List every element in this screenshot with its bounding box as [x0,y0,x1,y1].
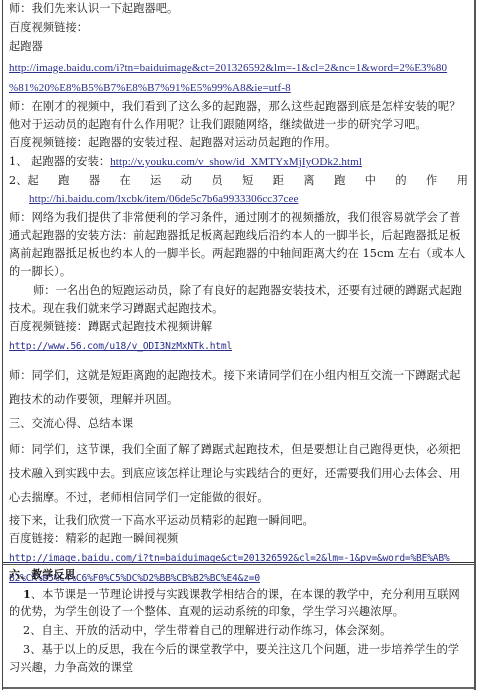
baidu-hi-link[interactable]: http://hi.baidu.com/lxcbk/item/06de5c7b6… [29,193,298,205]
paragraph-line: 心去揣摩。不过，老师相信同学们一定能做的很好。 [9,489,468,507]
baidu-image-link[interactable]: http://image.baidu.com/i?tn=baiduimage&c… [9,62,447,74]
reflection-item-3-cont: 习兴趣，力争高效的课堂 [9,659,468,677]
paragraph-line: 的一脚长）。 [9,263,468,281]
teaching-reflection-cell: 六、教学反思 1、本节课是一节理论讲授与实践课教学相结合的课，在本课的教学中，充… [3,564,474,689]
list-item-2: 2、起 跑 器 在 运 动 员 短 距 离 跑 中 的 作 用 [9,172,468,190]
baidu-highlight-link[interactable]: http://image.baidu.com/i?tn=baiduimage&c… [9,553,450,564]
teacher-line: 他对于运动员的起跑有什么作用呢？让我们跟随网络，继续做进一步的研究学习吧。 [9,116,468,134]
youku-link[interactable]: http://v.youku.com/v_show/id_XMTYxMjIyOD… [110,156,362,168]
lesson-process-cell: 师：我们先来认识一下起跑器吧。 百度视频链接： 起跑器 http://image… [3,0,474,563]
paragraph-line: 通式起跑器的安装方法：前起跑器抵足板离起跑线后沿约本人的一脚半长，后起跑器抵足板 [9,227,468,245]
video-link-label: 百度链接：精彩的起跑一瞬间视频 [9,530,468,548]
link-title: 起跑器 [9,38,468,56]
paragraph-line: 师：一名出色的短跑运动员，除了有良好的起跑器安装技术，还要有过硬的蹲踞式起跑 [9,282,468,300]
paragraph-line: 师：同学们，这节课，我们全面了解了蹲踞式起跑技术，但是要想让自己跑得更快，必须把 [9,441,468,459]
video-link-label: 百度视频链接：蹲踞式起跑技术视频讲解 [9,318,468,336]
reflection-title: 六、教学反思 [9,566,468,584]
reflection-item-1-cont: 的优势，为学生创设了一个整体、直观的运动系统的印象，学生学习兴趣浓厚。 [9,603,468,621]
reflection-item-1: 1、本节课是一节理论讲授与实践课教学相结合的课，在本课的教学中，充分利用互联网 [9,585,468,604]
paragraph-line: 跑技术的动作要领，理解并巩固。 [9,391,468,409]
paragraph-line: 技术融入到实践中去。到底应该怎样让理论与实践结合的更好，还需要我们用心去体会、用 [9,465,468,483]
paragraph-line: 技术。现在我们就来学习蹲踞式起跑技术。 [9,300,468,318]
teacher-line: 师：我们先来认识一下起跑器吧。 [9,0,468,18]
56-video-link[interactable]: http://www.56.com/u18/v_ODI3NzMxNTk.html [9,341,232,352]
document-page: 师：我们先来认识一下起跑器吧。 百度视频链接： 起跑器 http://image… [2,0,476,690]
paragraph-line: 师：同学们，这就是短距离跑的起跑技术。接下来请同学们在小组内相互交流一下蹲踞式起 [9,367,468,385]
list-item-label: 1、 起跑器的安装： [9,155,110,168]
teacher-line: 师：在刚才的视频中，我们看到了这么多的起跑器，那么这些起跑器到底是怎样安装的呢？ [9,98,468,116]
reflection-item-2: 2、自主、开放的活动中，学生带着自己的理解进行动作练习，体会深刻。 [9,622,468,640]
list-item-1: 1、 起跑器的安装：http://v.youku.com/v_show/id_X… [9,153,468,171]
video-link-label: 百度视频链接： [9,19,468,37]
section-heading: 三、交流心得、总结本课 [9,415,468,433]
reflection-item-3: 3、基于以上的反思，我在今后的课堂教学中，要关注这几个问题，进一步培养学生的学 [9,641,468,659]
paragraph-line: 离前起跑器抵足板也约本人的一脚半长。两起跑器的中轴间距离大约在 15cm 左右（… [9,245,468,263]
baidu-image-link-cont[interactable]: %81%20%E8%B5%B7%E8%B7%91%E5%99%A8&ie=utf… [9,82,291,94]
paragraph-line: 师：网络为我们提供了非常便利的学习条件，通过刚才的视频播放，我们很容易就学会了普 [9,209,468,227]
paragraph-line: 接下来，让我们欣赏一下高水平运动员精彩的起跑一瞬间吧。 [9,512,468,530]
video-link-label: 百度视频链接：起跑器的安装过程、起跑器对运动员起跑的作用。 [9,134,468,152]
